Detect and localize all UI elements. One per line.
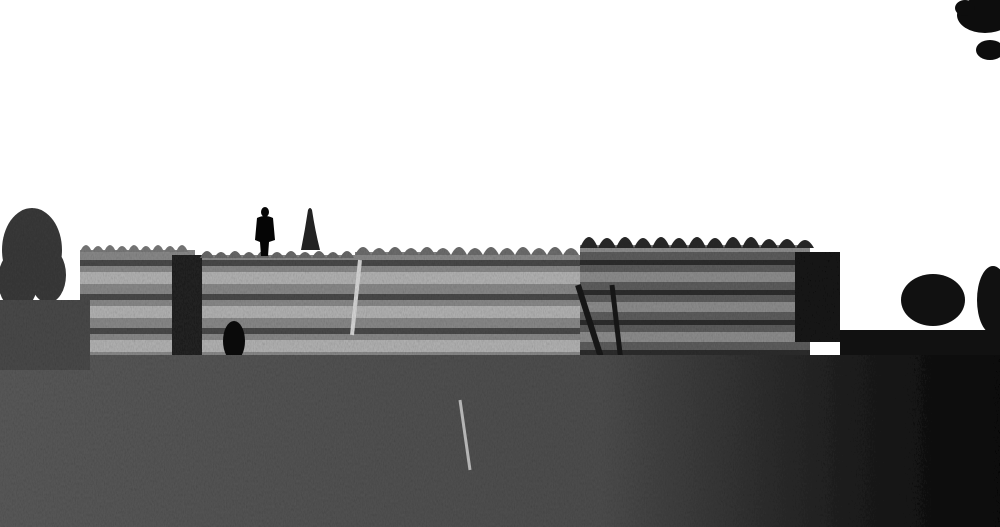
fortress-scene — [0, 0, 1000, 527]
photograph: Historic photograph of a crenellated ear… — [0, 0, 1000, 527]
foreground-grass — [0, 355, 1000, 527]
fortress-wall — [80, 237, 840, 370]
